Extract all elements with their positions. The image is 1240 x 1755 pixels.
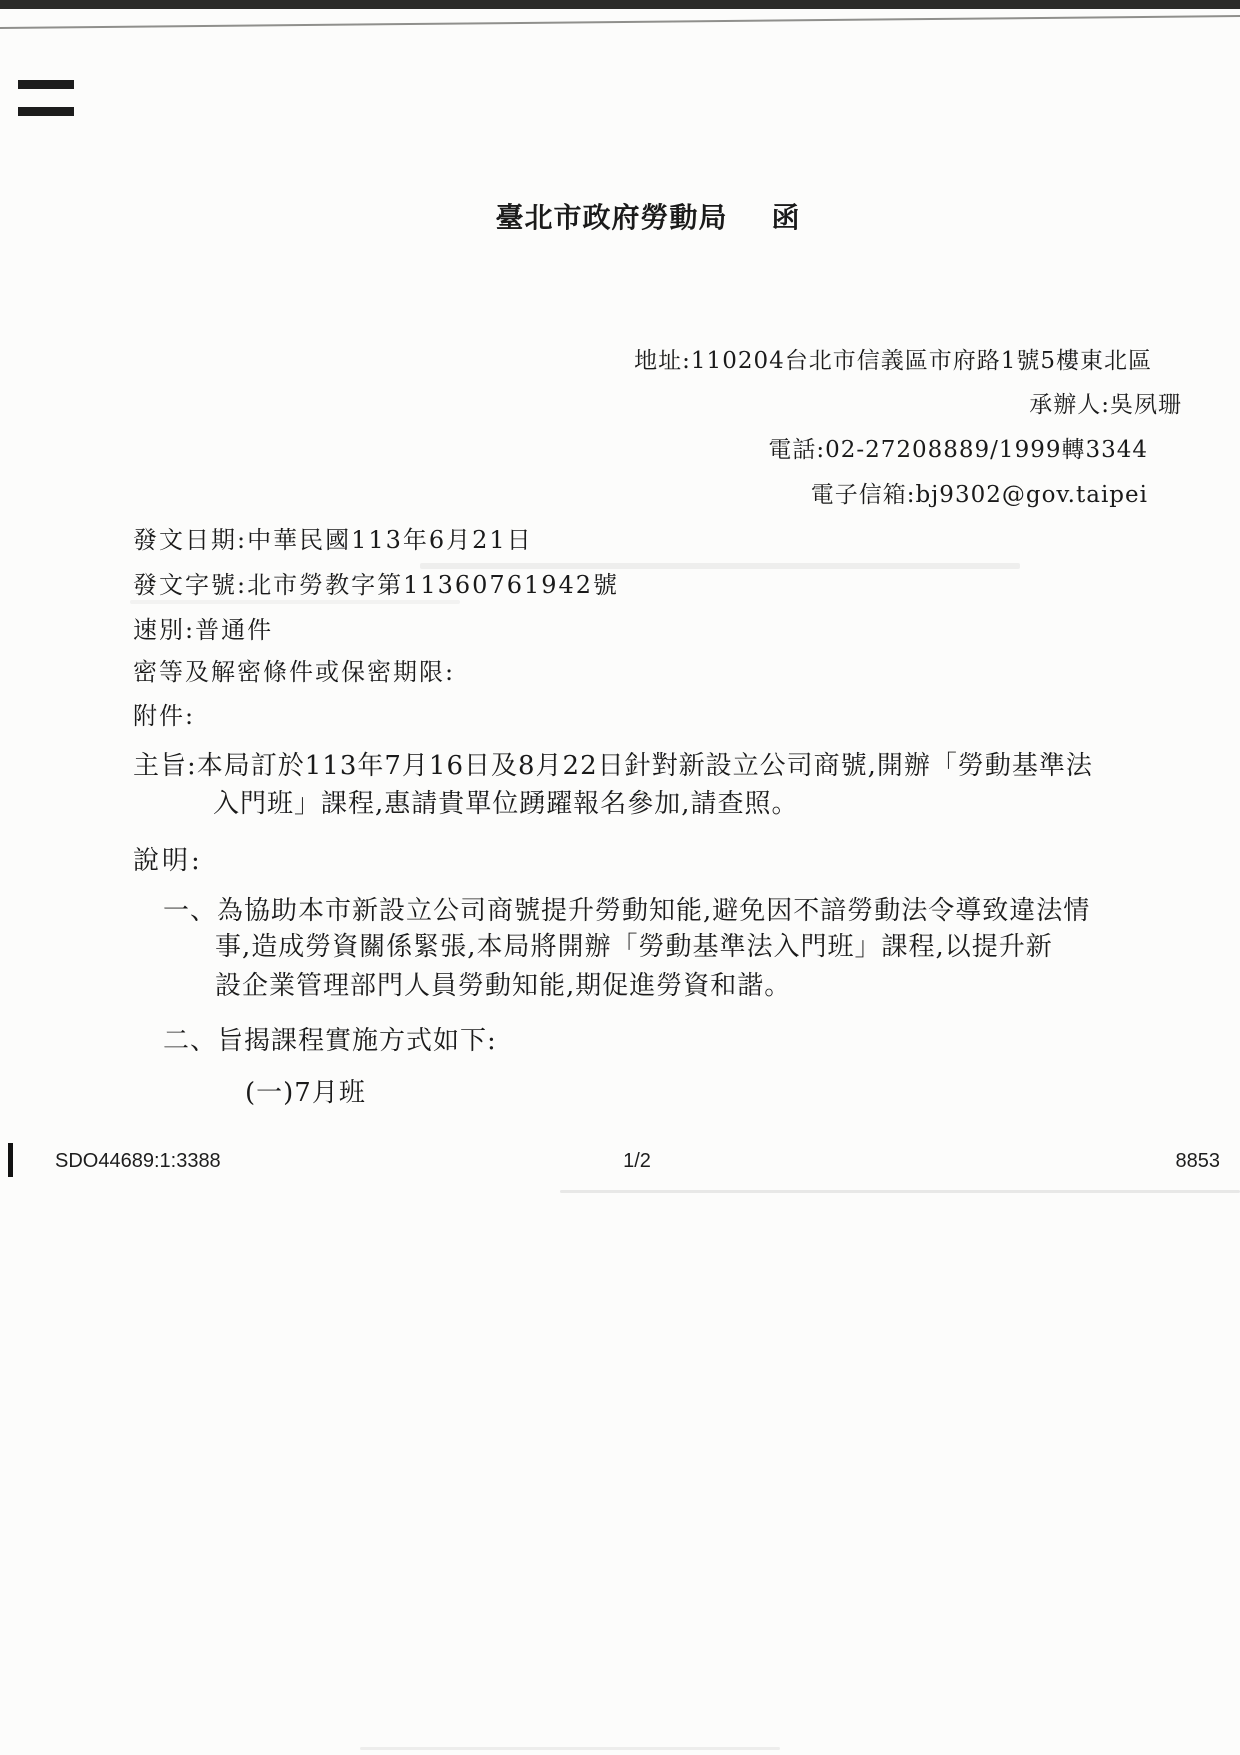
page-footer: SDO44689:1:3388 1/2 8853 [0,1150,1240,1180]
issue-date-line: 發文日期:中華民國113年6月21日 [133,520,533,555]
explanation-item-2: 二、旨揭課程實施方式如下: [163,1020,497,1057]
binding-mark [18,80,74,89]
binding-mark [18,107,74,116]
address-line: 地址:110204台北市信義區市府路1號5樓東北區 [634,342,1152,375]
attachment-line: 附件: [133,696,195,731]
contact-person-line: 承辦人:吳夙珊 [1029,386,1182,419]
explanation-heading: 說明: [133,840,203,877]
subject-line-1: 主旨:本局訂於113年7月16日及8月22日針對新設立公司商號,開辦「勞動基準法 [133,745,1093,782]
speed-class-line: 速別:普通件 [133,610,273,645]
scan-smudge [360,1747,780,1750]
subject-line-2: 入門班」課程,惠請貴單位踴躍報名參加,請查照。 [213,783,799,820]
explanation-item-1-line-3: 設企業管理部門人員勞動知能,期促進勞資和諧。 [215,965,791,1002]
explanation-item-1-line-2: 事,造成勞資關係緊張,本局將開辦「勞動基準法入門班」課程,以提升新 [215,926,1053,963]
security-class-line: 密等及解密條件或保密期限: [133,652,455,687]
doc-number-line: 發文字號:北市勞教字第11360761942號 [133,565,619,600]
scanned-letter-page: 臺北市政府勞動局函 地址:110204台北市信義區市府路1號5樓東北區 承辦人:… [0,0,1240,1755]
scan-smudge [130,600,460,604]
scan-smudge [560,1190,1240,1193]
letter-title: 臺北市政府勞動局函 [28,196,1240,236]
footer-code: 8853 [1176,1150,1221,1173]
page-number: 1/2 [17,1150,1240,1173]
explanation-item-1-line-1: 一、為協助本市新設立公司商號提升勞動知能,避免因不諳勞動法令導致違法情 [163,890,1090,927]
scan-paper-edge-line [0,15,1240,29]
email-line: 電子信箱:bj9302@gov.taipei [811,476,1148,509]
scan-top-edge-band [0,0,1240,9]
issuing-org-name: 臺北市政府勞動局 [495,201,727,234]
phone-line: 電話:02-27208889/1999轉3344 [768,431,1148,464]
explanation-subitem-1: (一)7月班 [245,1072,366,1109]
doc-type-label: 函 [772,196,801,236]
